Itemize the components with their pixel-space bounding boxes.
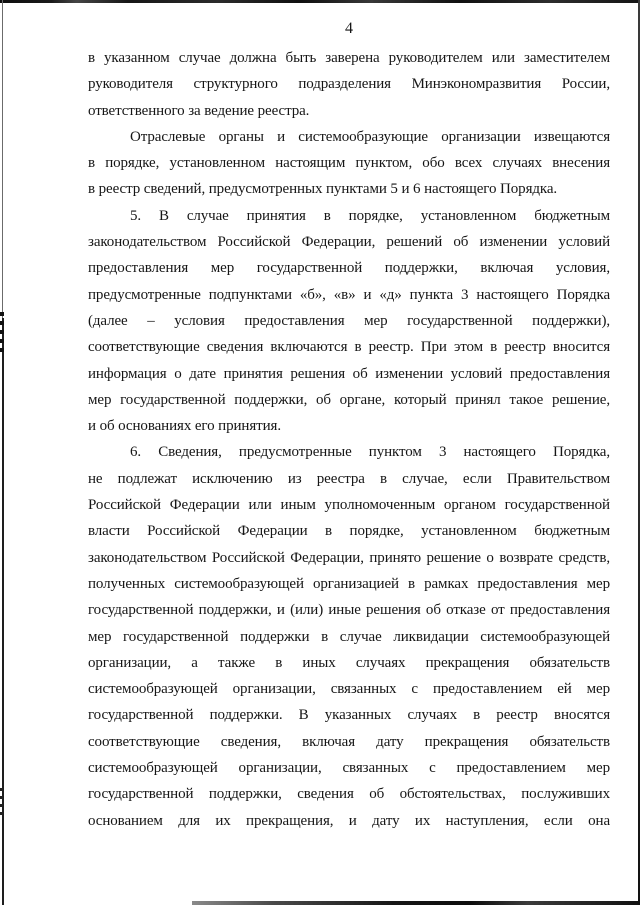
- text-line: Российской Федерации или иным уполномоче…: [88, 492, 610, 518]
- text-line: соответствующие сведения включаются в ре…: [88, 334, 610, 360]
- text-line: 6. Сведения, предусмотренные пунктом 3 н…: [88, 439, 610, 465]
- text-line: руководителя структурного подразделения …: [88, 71, 610, 97]
- text-line: государственной поддержки, сведения об о…: [88, 781, 610, 807]
- text-line: государственной поддержки. В указанных с…: [88, 702, 610, 728]
- text-line: Отраслевые органы и системообразующие ор…: [88, 124, 610, 150]
- text-line: в указанном случае должна быть заверена …: [88, 45, 610, 71]
- document-lines: в указанном случае должна быть заверена …: [88, 45, 610, 834]
- text-line: соответствующие сведения, включая дату п…: [88, 729, 610, 755]
- text-line: системообразующей организации, связанных…: [88, 676, 610, 702]
- text-line: не подлежат исключению из реестра в случ…: [88, 466, 610, 492]
- document-text-column: 4 в указанном случае должна быть заверен…: [88, 16, 610, 834]
- text-line: и об основаниях его принятия.: [88, 413, 610, 439]
- scan-artifact-left-marks-upper: [0, 312, 4, 352]
- text-line: ответственного за ведение реестра.: [88, 98, 610, 124]
- text-line: в реестр сведений, предусмотренных пункт…: [88, 176, 610, 202]
- page-number: 4: [88, 16, 610, 42]
- text-line: мер государственной поддержки, об органе…: [88, 387, 610, 413]
- text-line: системообразующей организации, связанных…: [88, 755, 610, 781]
- text-line: 5. В случае принятия в порядке, установл…: [88, 203, 610, 229]
- text-line: информация о дате принятия решения об из…: [88, 361, 610, 387]
- text-line: предоставления мер государственной подде…: [88, 255, 610, 281]
- text-line: организации, а также в иных случаях прек…: [88, 650, 610, 676]
- text-line: государственной поддержки, и (или) иные …: [88, 597, 610, 623]
- scan-artifact-left-edge-top: [2, 0, 3, 320]
- text-line: основанием для их прекращения, и дату их…: [88, 808, 610, 834]
- scan-artifact-bottom-edge: [192, 901, 640, 905]
- text-line: полученных системообразующей организацие…: [88, 571, 610, 597]
- text-line: власти Российской Федерации в порядке, у…: [88, 518, 610, 544]
- text-line: законодательством Российской Федерации, …: [88, 229, 610, 255]
- text-line: (далее – условия предоставления мер госу…: [88, 308, 610, 334]
- text-line: в порядке, установленном настоящим пункт…: [88, 150, 610, 176]
- text-line: законодательством Российской Федерации, …: [88, 545, 610, 571]
- scan-artifact-top-edge: [0, 0, 640, 3]
- scanned-page: 4 в указанном случае должна быть заверен…: [0, 0, 640, 905]
- text-line: мер государственной поддержки в случае л…: [88, 624, 610, 650]
- text-line: предусмотренные подпунктами «б», «в» и «…: [88, 282, 610, 308]
- scan-artifact-left-marks-lower: [0, 788, 3, 818]
